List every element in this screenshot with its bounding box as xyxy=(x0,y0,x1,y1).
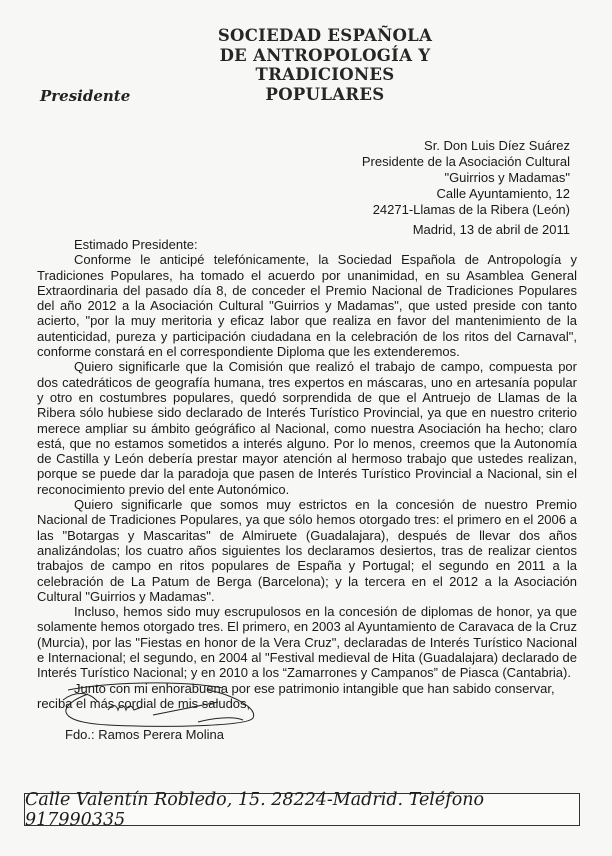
recipient-address: Sr. Don Luis Díez Suárez Presidente de l… xyxy=(362,138,570,218)
recipient-line: Presidente de la Asociación Cultural xyxy=(362,154,570,170)
sender-role: Presidente xyxy=(40,87,130,105)
letter-date: Madrid, 13 de abril de 2011 xyxy=(413,222,570,237)
letter-body: Estimado Presidente: Conforme le anticip… xyxy=(37,237,577,711)
letterhead-line: DE ANTROPOLOGÍA Y xyxy=(200,46,450,66)
letterhead-line: SOCIEDAD ESPAÑOLA xyxy=(200,26,450,46)
paragraph: Conforme le anticipé telefónicamente, la… xyxy=(37,252,577,359)
recipient-line: Calle Ayuntamiento, 12 xyxy=(362,186,570,202)
paragraph: Quiero significarle que somos muy estric… xyxy=(37,497,577,604)
handwritten-signature-icon xyxy=(48,680,258,730)
signatory-name: Fdo.: Ramos Perera Molina xyxy=(65,727,224,742)
paragraph: Incluso, hemos sido muy escrupulosos en … xyxy=(37,604,577,680)
letterhead-title: SOCIEDAD ESPAÑOLA DE ANTROPOLOGÍA Y TRAD… xyxy=(200,26,450,104)
footer-address: Calle Valentín Robledo, 15. 28224-Madrid… xyxy=(25,790,579,830)
paragraph: Quiero significarle que la Comisión que … xyxy=(37,359,577,497)
footer-address-box: Calle Valentín Robledo, 15. 28224-Madrid… xyxy=(24,793,580,826)
recipient-line: Sr. Don Luis Díez Suárez xyxy=(362,138,570,154)
salutation: Estimado Presidente: xyxy=(37,237,577,252)
letterhead-line: TRADICIONES POPULARES xyxy=(200,65,450,104)
recipient-line: "Guirrios y Madamas" xyxy=(362,170,570,186)
recipient-line: 24271-Llamas de la Ribera (León) xyxy=(362,202,570,218)
